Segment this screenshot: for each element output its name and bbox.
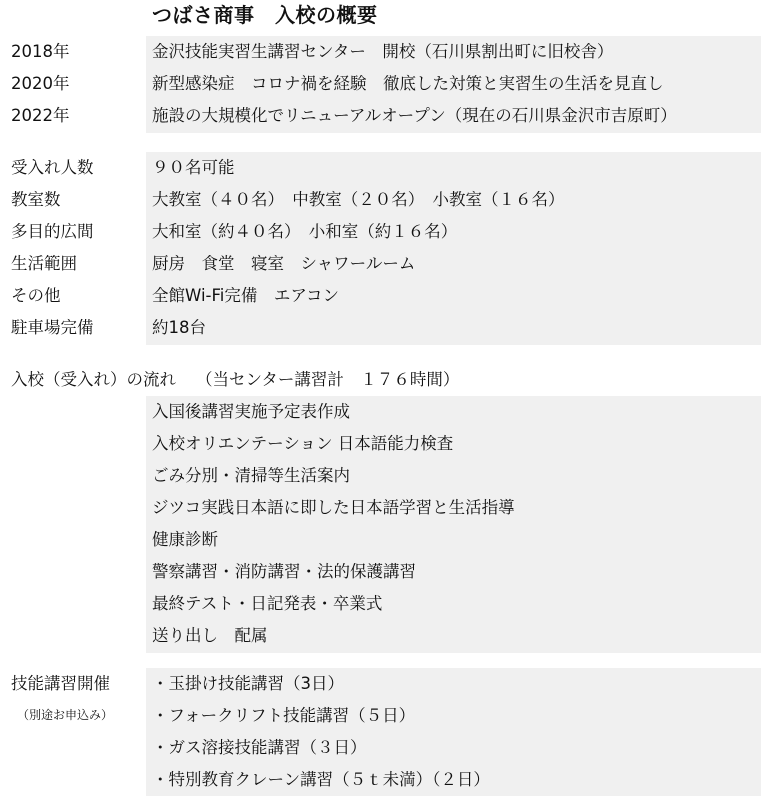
facility-row: 生活範囲 厨房 食堂 寝室 シャワールーム xyxy=(0,248,766,280)
facility-row: 駐車場完備 約18台 xyxy=(0,312,766,344)
flow-step-text: 入国後講習実施予定表作成 xyxy=(152,396,350,428)
skill-item-text: ・フォークリフト技能講習（５日） xyxy=(152,700,415,732)
flow-step: 最終テスト・日記発表・卒業式 xyxy=(0,588,766,620)
facility-value: 大教室（４０名） 中教室（２０名） 小教室（１６名） xyxy=(152,184,565,216)
facility-label: その他 xyxy=(11,280,61,312)
history-text: 金沢技能実習生講習センター 開校（石川県割出町に旧校舎） xyxy=(152,36,613,68)
flow-step-text: ジツコ実践日本語に即した日本語学習と生活指導 xyxy=(152,492,515,524)
skill-item: ・玉掛け技能講習（3日） xyxy=(0,668,766,700)
flow-step: 入国後講習実施予定表作成 xyxy=(0,396,766,428)
facility-row: 教室数 大教室（４０名） 中教室（２０名） 小教室（１６名） xyxy=(0,184,766,216)
facility-value: ９０名可能 xyxy=(152,152,235,184)
flow-step-text: 最終テスト・日記発表・卒業式 xyxy=(152,588,382,620)
facility-row: 多目的広間 大和室（約４０名） 小和室（約１６名） xyxy=(0,216,766,248)
flow-hours-note: （当センター講習計 １７６時間） xyxy=(196,370,459,389)
flow-step: 入校オリエンテーション 日本語能力検査 xyxy=(0,428,766,460)
history-year: 2022年 xyxy=(11,100,70,132)
facility-row: 受入れ人数 ９０名可能 xyxy=(0,152,766,184)
flow-heading: 入校（受入れ）の流れ（当センター講習計 １７６時間） xyxy=(11,364,459,396)
skill-item-text: ・ガス溶接技能講習（３日） xyxy=(152,732,367,764)
skill-item: ・フォークリフト技能講習（５日） xyxy=(0,700,766,732)
history-row: 2018年 金沢技能実習生講習センター 開校（石川県割出町に旧校舎） xyxy=(0,36,766,68)
flow-step-text: 送り出し 配属 xyxy=(152,620,268,652)
history-year: 2018年 xyxy=(11,36,70,68)
flow-step-text: 警察講習・消防講習・法的保護講習 xyxy=(152,556,416,588)
flow-step: ごみ分別・清掃等生活案内 xyxy=(0,460,766,492)
facility-label: 駐車場完備 xyxy=(11,312,94,344)
facility-label: 多目的広間 xyxy=(11,216,94,248)
history-text: 施設の大規模化でリニューアルオープン（現在の石川県金沢市吉原町） xyxy=(152,100,677,132)
flow-step-text: 健康診断 xyxy=(152,524,218,556)
facility-value: 厨房 食堂 寝室 シャワールーム xyxy=(152,248,415,280)
flow-step: 送り出し 配属 xyxy=(0,620,766,652)
flow-step: ジツコ実践日本語に即した日本語学習と生活指導 xyxy=(0,492,766,524)
facility-value: 全館Wi-Fi完備 エアコン xyxy=(152,280,339,312)
flow-step-text: 入校オリエンテーション 日本語能力検査 xyxy=(152,428,453,460)
history-text: 新型感染症 コロナ禍を経験 徹底した対策と実習生の生活を見直し xyxy=(152,68,664,100)
facility-value: 大和室（約４０名） 小和室（約１６名） xyxy=(152,216,457,248)
history-row: 2020年 新型感染症 コロナ禍を経験 徹底した対策と実習生の生活を見直し xyxy=(0,68,766,100)
flow-heading-text: 入校（受入れ）の流れ xyxy=(11,370,176,389)
flow-step-text: ごみ分別・清掃等生活案内 xyxy=(152,460,350,492)
history-year: 2020年 xyxy=(11,68,70,100)
facility-label: 教室数 xyxy=(11,184,61,216)
facility-label: 生活範囲 xyxy=(11,248,77,280)
facility-label: 受入れ人数 xyxy=(11,152,94,184)
skill-item-text: ・特別教育クレーン講習（５ｔ未満）（２日） xyxy=(152,764,490,796)
facility-row: その他 全館Wi-Fi完備 エアコン xyxy=(0,280,766,312)
flow-step: 健康診断 xyxy=(0,524,766,556)
flow-step: 警察講習・消防講習・法的保護講習 xyxy=(0,556,766,588)
skill-item: ・ガス溶接技能講習（３日） xyxy=(0,732,766,764)
facility-value: 約18台 xyxy=(152,312,206,344)
history-row: 2022年 施設の大規模化でリニューアルオープン（現在の石川県金沢市吉原町） xyxy=(0,100,766,132)
page-title: つばさ商事 入校の概要 xyxy=(152,0,378,30)
skill-item: ・特別教育クレーン講習（５ｔ未満）（２日） xyxy=(0,764,766,796)
skill-item-text: ・玉掛け技能講習（3日） xyxy=(152,668,344,700)
